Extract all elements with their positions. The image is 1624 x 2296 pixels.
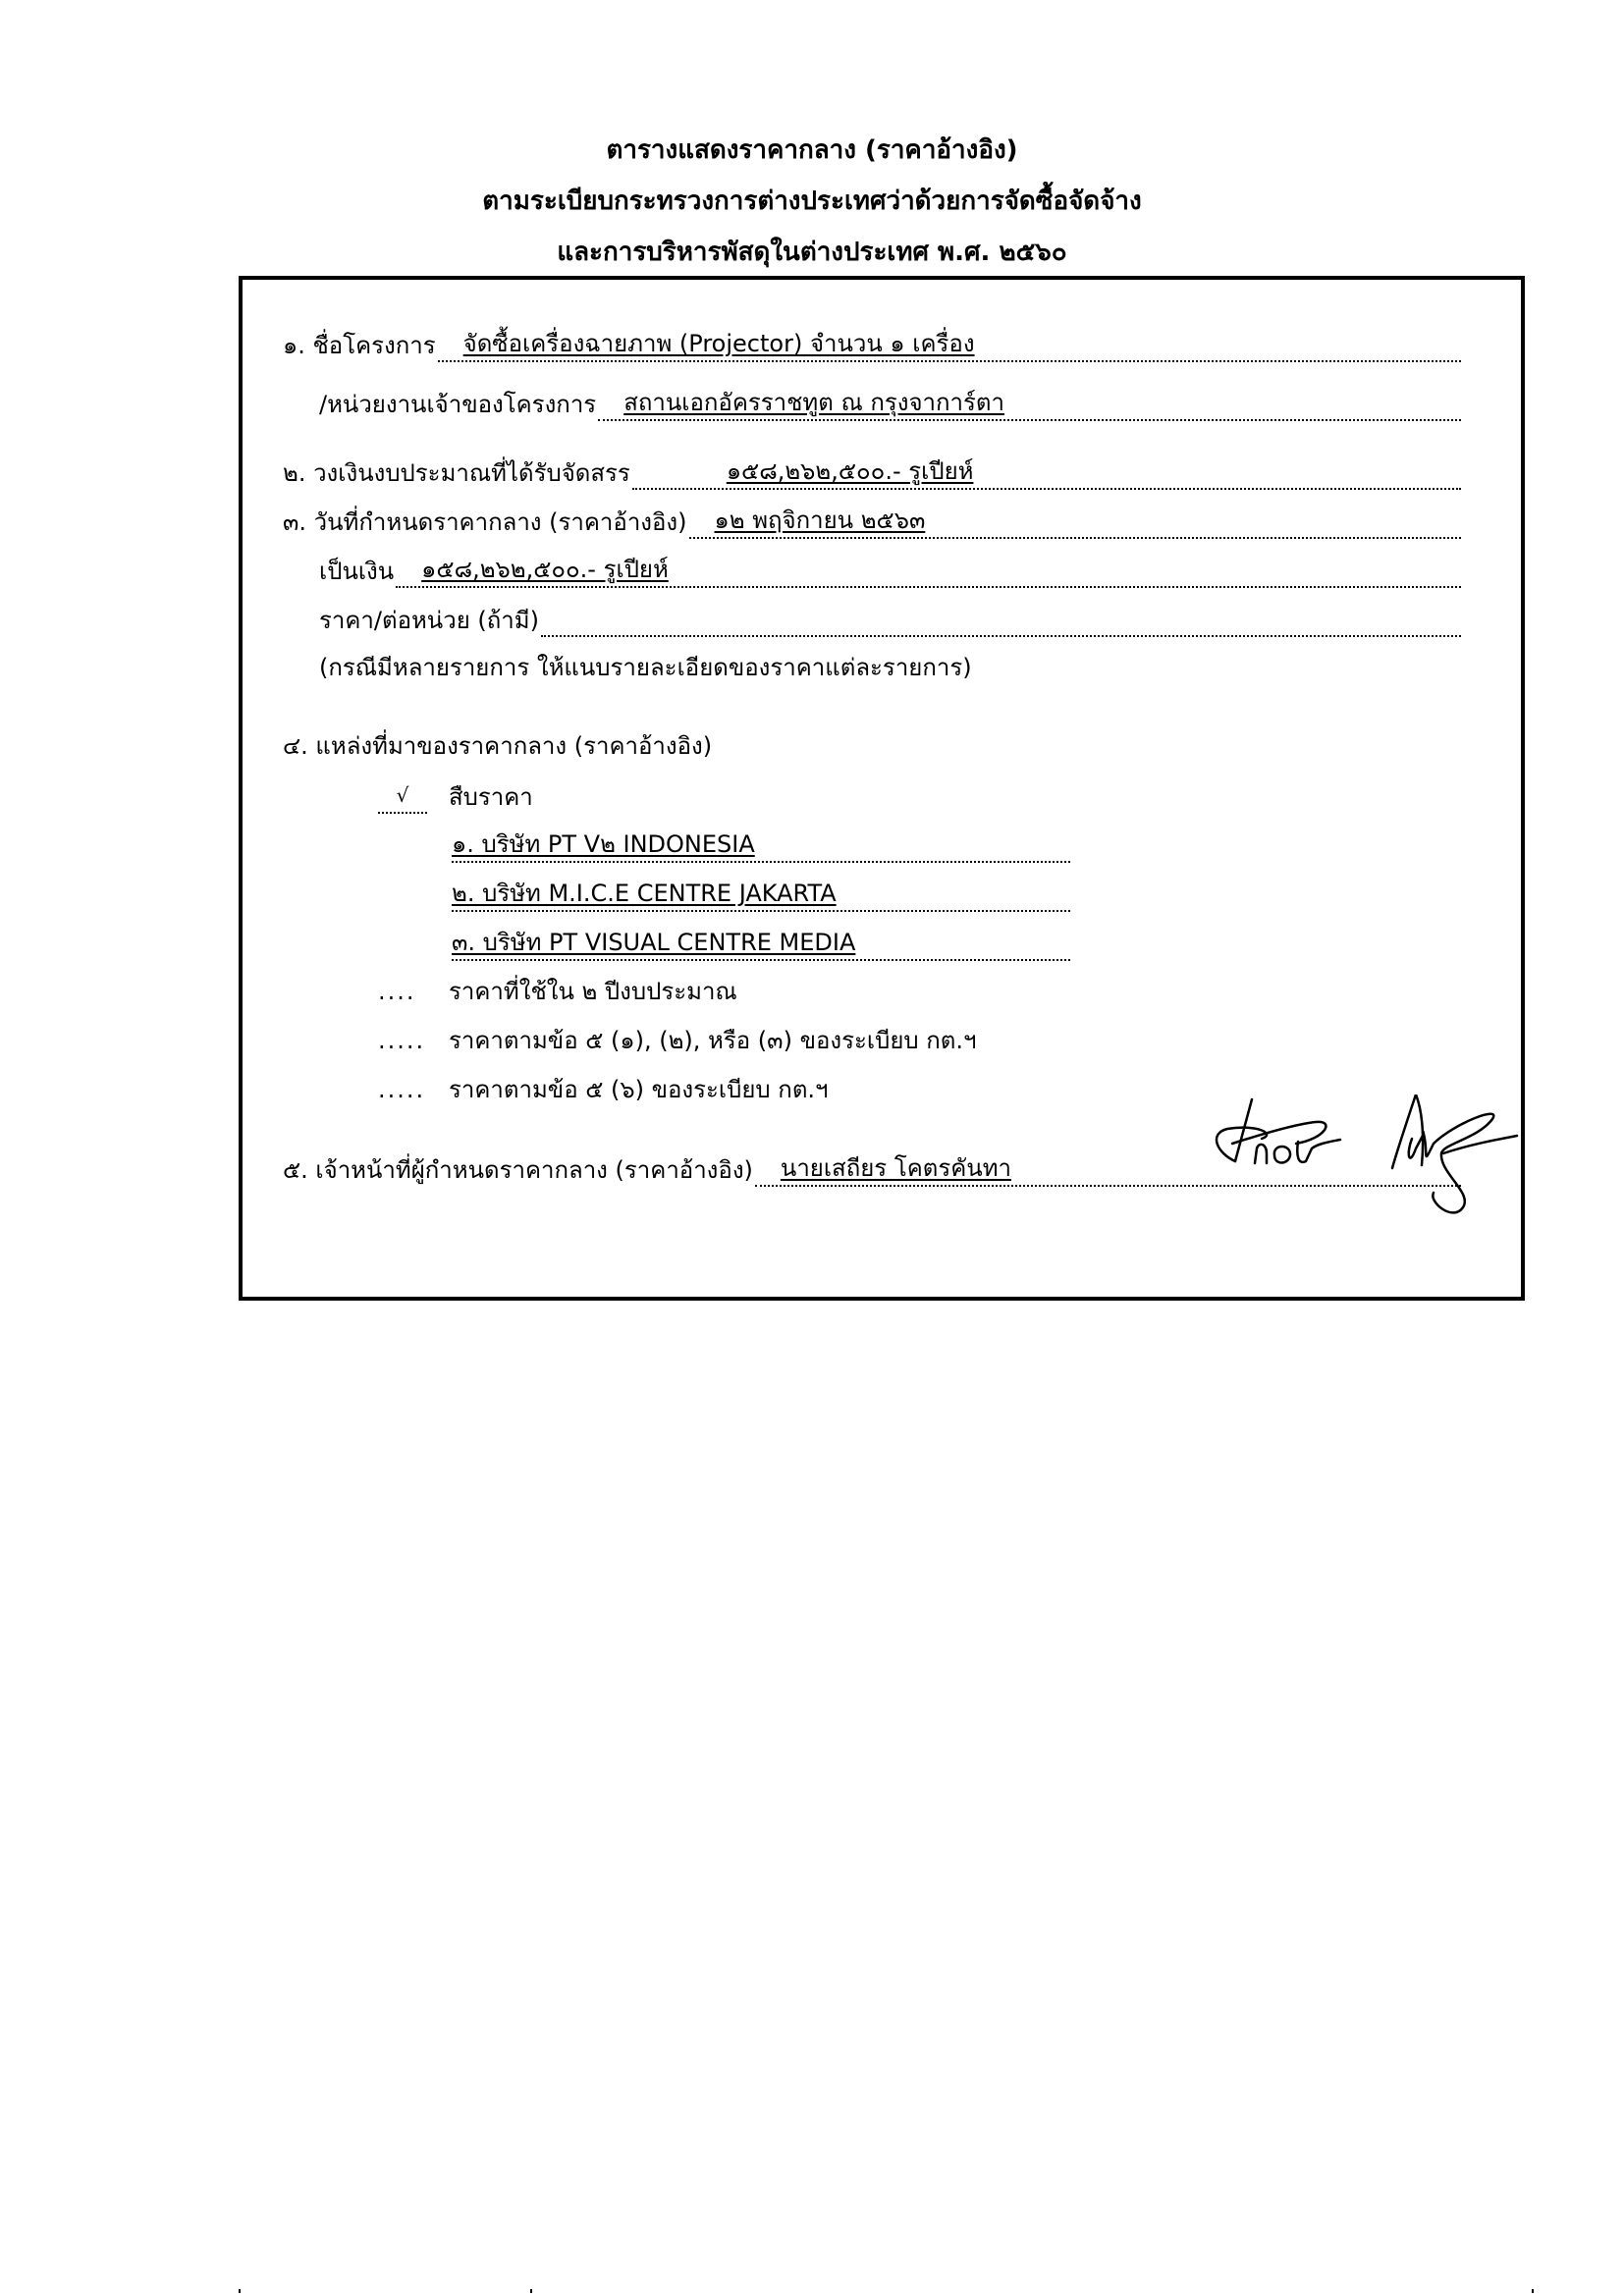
amount-value: ๑๕๘,๒๖๒,๕๐๐.- รูเปียห์ [402,556,669,583]
reference-date-value: ๑๒ พฤจิกายน ๒๕๖๓ [695,507,926,534]
multi-item-note: (กรณีมีหลายรายการ ให้แนบรายละเอียดของราค… [319,651,972,684]
amount-label: เป็นเงิน [319,555,394,588]
option-two-year-price: .... ราคาที่ใช้ใน ๒ ปีงบประมาณ [378,975,737,1008]
budget-label: ๒. วงเงินงบประมาณที่ได้รับจัดสรร [283,456,630,490]
budget-value: ๑๕๘,๒๖๒,๕๐๐.- รูเปียห์ [638,457,974,485]
doc-subtitle-year: และการบริหารพัสดุในต่างประเทศ พ.ศ. ๒๕๖๐ [0,233,1624,272]
amount-row: เป็นเงิน ๑๕๘,๒๖๒,๕๐๐.- รูเปียห์ [319,553,1461,588]
project-name-row: ๑. ชื่อโครงการ จัดซื้อเครื่องฉายภาพ (Pro… [283,327,1461,362]
unit-price-row: ราคา/ต่อหน่วย (ถ้ามี) [319,602,1461,637]
option-regulation-5-1-3-label: ราคาตามข้อ ๕ (๑), (๒), หรือ (๓) ของระเบี… [449,1024,976,1057]
scan-artifact [239,2289,241,2293]
reference-date-field: ๑๒ พฤจิกายน ๒๕๖๓ [689,504,1461,539]
project-name-label: ๑. ชื่อโครงการ [283,329,436,362]
company-name: ๒. บริษัท M.I.C.E CENTRE JAKARTA [452,880,837,907]
officer-name: นายเสถียร โคตรคันทา [761,1154,1011,1182]
reference-date-label: ๓. วันที่กำหนดราคากลาง (ราคาอ้างอิง) [283,506,687,539]
scan-artifact [1532,2289,1534,2293]
reference-date-row: ๓. วันที่กำหนดราคากลาง (ราคาอ้างอิง) ๑๒ … [283,504,1461,539]
project-owner-label: /หน่วยงานเจ้าของโครงการ [319,388,596,421]
company-name: ๑. บริษัท PT V๒ INDONESIA [452,830,755,858]
option-price-survey-label: สืบราคา [449,780,533,814]
budget-field: ๑๕๘,๒๖๒,๕๐๐.- รูเปียห์ [632,454,1461,490]
amount-field: ๑๕๘,๒๖๒,๕๐๐.- รูเปียห์ [396,553,1461,588]
scan-artifact [530,2289,532,2293]
project-owner-value: สถานเอกอัครราชทูต ณ กรุงจาการ์ตา [604,389,1004,416]
doc-subtitle-regulation: ตามระเบียบกระทรวงการต่างประเทศว่าด้วยการ… [0,182,1624,221]
option-regulation-5-1-3: ..... ราคาตามข้อ ๕ (๑), (๒), หรือ (๓) ขอ… [378,1024,976,1057]
company-field: ๓. บริษัท PT VISUAL CENTRE MEDIA [452,926,1070,961]
company-row: ๓. บริษัท PT VISUAL CENTRE MEDIA [452,926,1070,961]
company-field: ๑. บริษัท PT V๒ INDONESIA [452,828,1070,863]
unit-price-label: ราคา/ต่อหน่วย (ถ้ามี) [319,604,539,637]
project-owner-field: สถานเอกอัครราชทูต ณ กรุงจาการ์ตา [598,386,1461,421]
budget-row: ๒. วงเงินงบประมาณที่ได้รับจัดสรร ๑๕๘,๒๖๒… [283,454,1461,490]
price-source-label: ๔. แหล่งที่มาของราคากลาง (ราคาอ้างอิง) [283,729,712,763]
price-source-heading: ๔. แหล่งที่มาของราคากลาง (ราคาอ้างอิง) [283,729,712,763]
company-row: ๑. บริษัท PT V๒ INDONESIA [452,828,1070,863]
unchecked-mark: ..... [378,1024,427,1057]
doc-title: ตารางแสดงราคากลาง (ราคาอ้างอิง) [0,131,1624,170]
company-name: ๓. บริษัท PT VISUAL CENTRE MEDIA [452,929,855,956]
unit-price-field [541,602,1461,637]
checkmark-icon: √ [378,778,427,814]
unchecked-mark: .... [378,975,427,1008]
signature-icon [1149,1095,1522,1222]
company-field: ๒. บริษัท M.I.C.E CENTRE JAKARTA [452,877,1070,912]
officer-label: ๕. เจ้าหน้าที่ผู้กำหนดราคากลาง (ราคาอ้าง… [283,1153,753,1187]
option-two-year-price-label: ราคาที่ใช้ใน ๒ ปีงบประมาณ [449,975,737,1008]
multi-item-note-text: (กรณีมีหลายรายการ ให้แนบรายละเอียดของราค… [319,651,972,684]
project-name-value: จัดซื้อเครื่องฉายภาพ (Projector) จำนวน ๑… [444,330,975,357]
unchecked-mark: ..... [378,1073,427,1106]
option-regulation-5-6: ..... ราคาตามข้อ ๕ (๖) ของระเบียบ กต.ฯ [378,1073,829,1106]
project-name-field: จัดซื้อเครื่องฉายภาพ (Projector) จำนวน ๑… [438,327,1461,362]
option-regulation-5-6-label: ราคาตามข้อ ๕ (๖) ของระเบียบ กต.ฯ [449,1073,829,1106]
project-owner-row: /หน่วยงานเจ้าของโครงการ สถานเอกอัครราชทู… [319,386,1461,421]
unit-price-value [547,605,567,632]
company-row: ๒. บริษัท M.I.C.E CENTRE JAKARTA [452,877,1070,912]
option-price-survey: √ สืบราคา [378,778,533,814]
